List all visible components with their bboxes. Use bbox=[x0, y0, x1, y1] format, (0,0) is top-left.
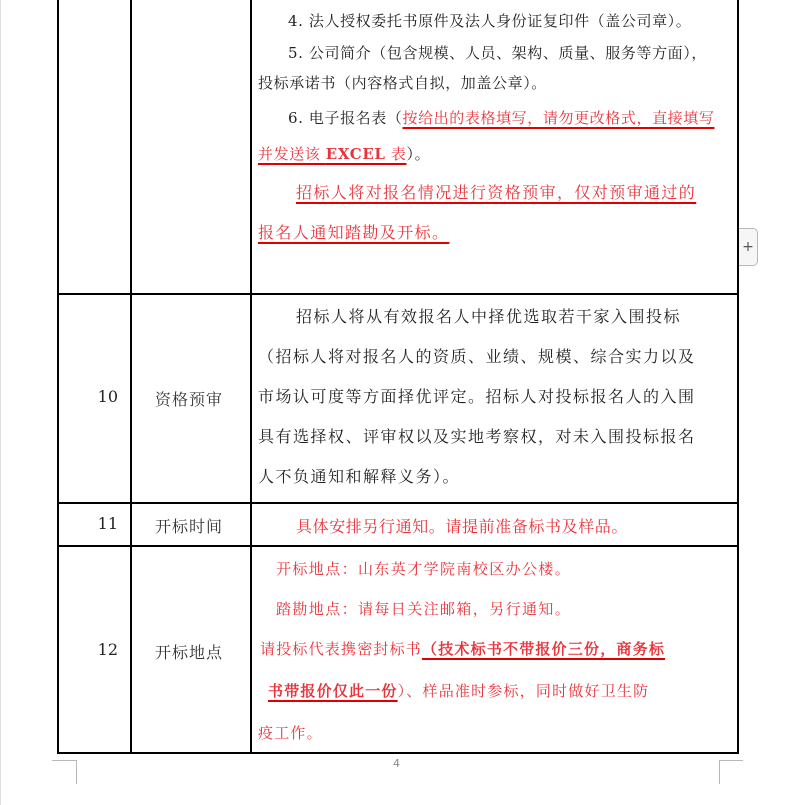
bid-submission-line2: 书带报价仅此一份）、样品准时参标，同时做好卫生防 bbox=[268, 680, 649, 701]
bid-submission-line3: 疫工作。 bbox=[258, 722, 323, 743]
row-label-prequalification: 资格预审 bbox=[155, 387, 223, 410]
page-left-edge bbox=[0, 0, 1, 805]
row-number-11: 11 bbox=[60, 514, 118, 533]
item6-excel: EXCEL bbox=[326, 145, 386, 163]
item6-suffix: ）。 bbox=[406, 145, 430, 163]
table-border-col1 bbox=[130, 0, 132, 754]
bid-submission-rest: ）、样品准时参标，同时做好卫生防 bbox=[398, 682, 650, 700]
prequal-text-line3: 市场认可度等方面择优评定。招标人对投标报名人的入围 bbox=[258, 384, 696, 407]
bid-submission-bold-cont: 书带报价仅此一份 bbox=[268, 682, 398, 700]
crop-mark-left-h bbox=[52, 760, 76, 761]
opening-location-text: 开标地点：山东英才学院南校区办公楼。 bbox=[276, 558, 571, 579]
bid-submission-line1: 请投标代表携密封标书（技术标书不带报价三份，商务标 bbox=[260, 638, 665, 659]
crop-mark-left-v bbox=[76, 760, 77, 784]
row-number-12: 12 bbox=[60, 640, 118, 659]
prequal-text-line4: 具有选择权、评审权以及实地考察权，对未入围投标报名 bbox=[258, 424, 696, 447]
page-number: 4 bbox=[393, 757, 400, 770]
prequal-text-line1: 招标人将从有效报名人中择优选取若干家入围投标 bbox=[296, 304, 681, 327]
table-border-left bbox=[57, 0, 59, 754]
row-divider bbox=[57, 502, 739, 504]
requirement-item-6-cont: 并发送该 EXCEL 表）。 bbox=[258, 143, 430, 164]
crop-mark-right-v bbox=[719, 760, 720, 784]
prequal-text-line5: 人不负通知和解释义务）。 bbox=[258, 464, 460, 487]
bid-submission-bold: （技术标书不带报价三份，商务标 bbox=[422, 640, 665, 658]
table-border-right bbox=[737, 0, 739, 754]
plus-icon: + bbox=[742, 239, 754, 255]
site-visit-text: 踏勘地点：请每日关注邮箱，另行通知。 bbox=[276, 598, 571, 619]
table-border-col2 bbox=[250, 0, 252, 754]
row-label-opening-location: 开标地点 bbox=[155, 640, 223, 663]
requirement-item-4: 4. 法人授权委托书原件及法人身份证复印件（盖公司章）。 bbox=[288, 10, 691, 31]
add-row-button[interactable]: + bbox=[739, 228, 758, 266]
table-border-bottom bbox=[57, 752, 739, 754]
prequal-notice-line2: 报名人通知踏勘及开标。 bbox=[258, 220, 449, 243]
prequal-text-line2: （招标人将对报名人的资质、业绩、规模、综合实力以及 bbox=[258, 344, 696, 367]
crop-mark-right-h bbox=[719, 760, 743, 761]
row-number-10: 10 bbox=[60, 387, 118, 406]
row-divider bbox=[57, 545, 739, 547]
bid-submission-plain: 请投标代表携密封标书 bbox=[260, 640, 422, 658]
requirement-item-6: 6. 电子报名表（按给出的表格填写，请勿更改格式，直接填写 bbox=[288, 107, 715, 128]
row-divider bbox=[57, 293, 739, 295]
opening-time-text: 具体安排另行通知。请提前准备标书及样品。 bbox=[296, 514, 628, 537]
item6-red-cont-c: 表 bbox=[386, 145, 407, 163]
prequal-notice-line1: 招标人将对报名情况进行资格预审，仅对预审通过的 bbox=[296, 180, 696, 203]
item6-red-instruction: 按给出的表格填写，请勿更改格式，直接填写 bbox=[402, 109, 714, 127]
row-label-opening-time: 开标时间 bbox=[155, 514, 223, 537]
item6-red-cont-a: 并发送该 bbox=[258, 145, 326, 163]
requirement-item-5-cont: 投标承诺书（内容格式自拟，加盖公章）。 bbox=[258, 72, 547, 93]
item6-prefix: 6. 电子报名表（ bbox=[288, 109, 402, 127]
requirement-item-5: 5. 公司简介（包含规模、人员、架构、质量、服务等方面）， bbox=[288, 42, 707, 63]
